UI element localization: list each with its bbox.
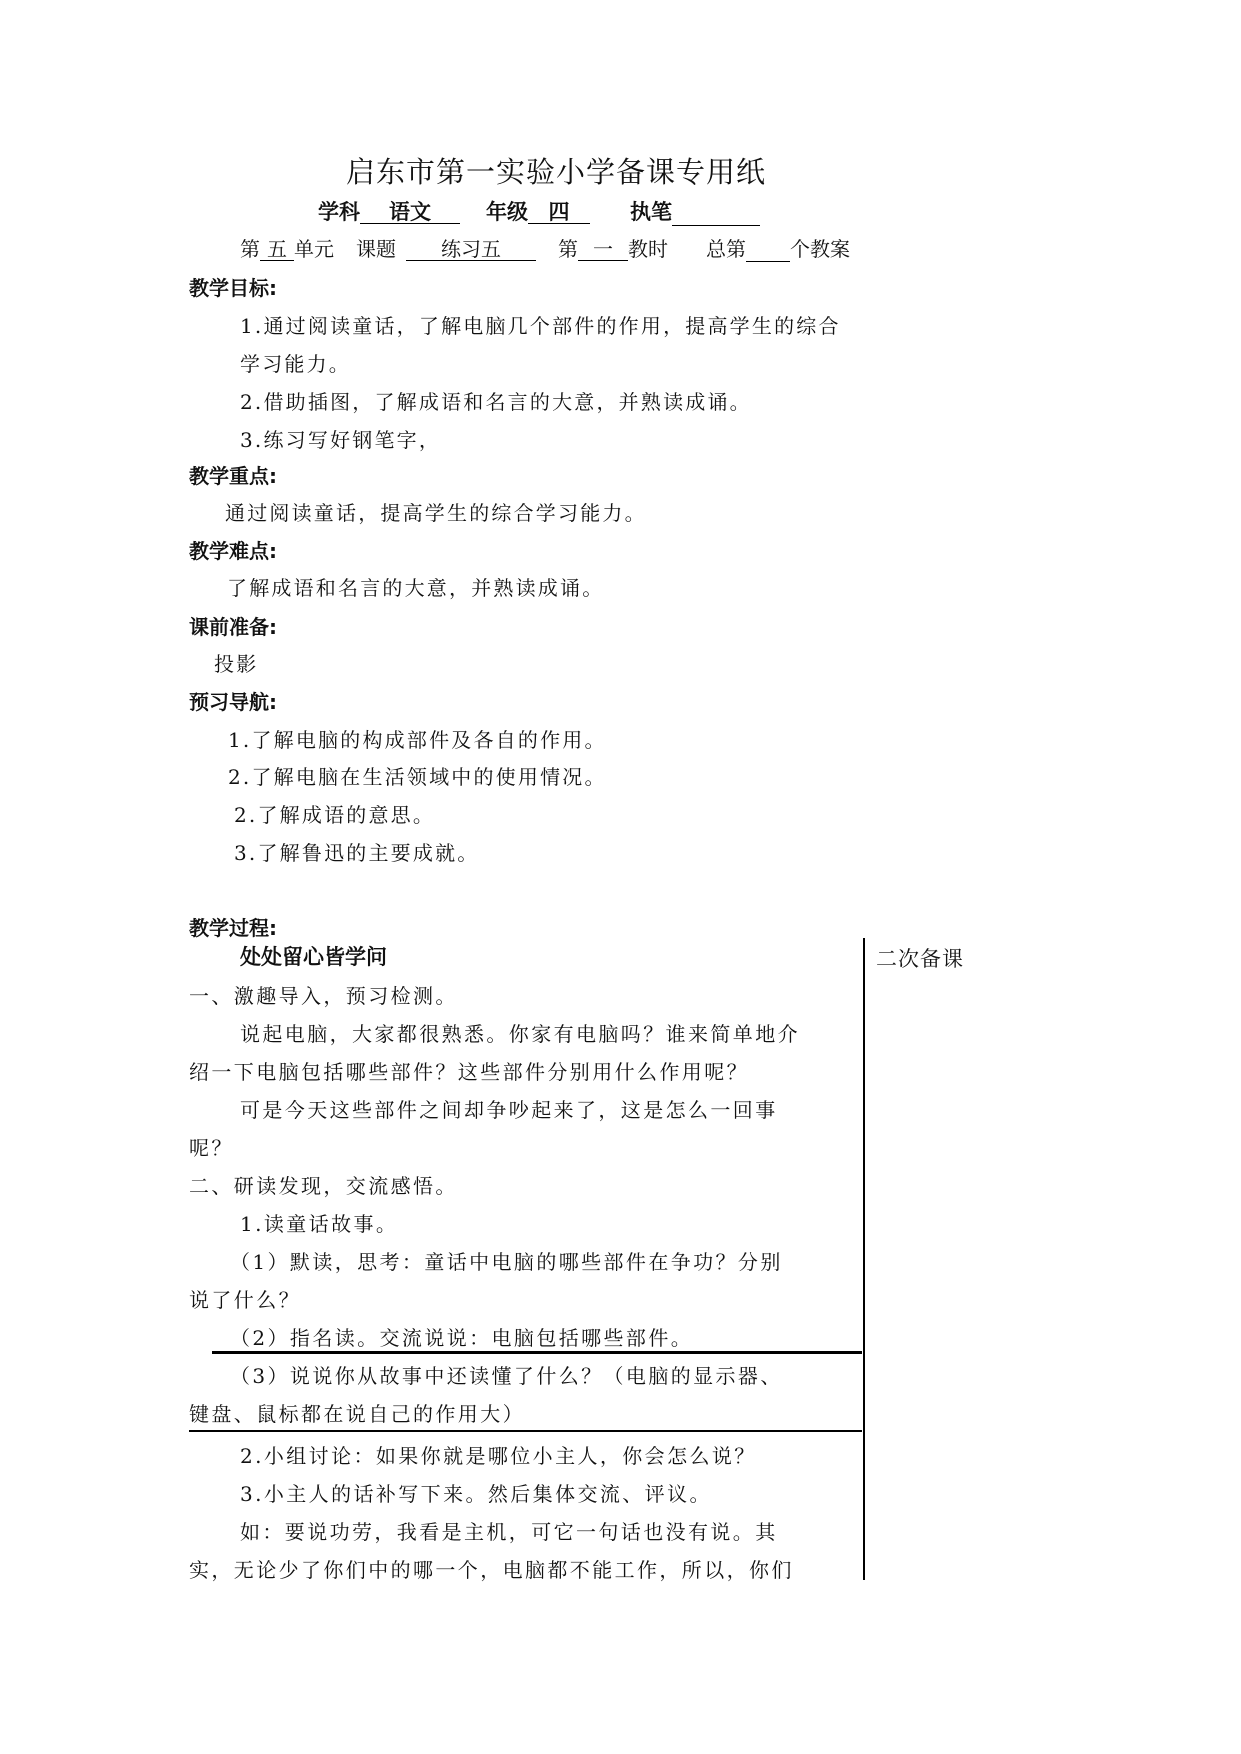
unit-prefix: 第 [240,237,260,261]
page-title: 启东市第一实验小学备课专用纸 [346,150,766,191]
process-line: 如：要说功劳，我看是主机，可它一句话也没有说。其 [240,1516,778,1545]
difficulties-text: 了解成语和名言的大意，并熟读成诵。 [227,572,604,601]
process-line: 键盘、鼠标都在说自己的作用大） [189,1398,525,1427]
process-line: （3）说说你从故事中还读懂了什么？（电脑的显示器、 [230,1360,783,1389]
subject-label: 学科 [318,200,360,224]
process-line: （1）默读，思考：童话中电脑的哪些部件在争功？分别 [230,1246,783,1275]
total-field[interactable] [746,239,790,262]
meta-line-unit: 第五单元课题练习五第一教时总第个教案 [240,233,850,262]
meta-line-subject: 学科语文年级四执笔 [318,196,760,226]
secondary-prep-label: 二次备课 [876,943,964,973]
objective-item: 1.通过阅读童话，了解电脑几个部件的作用，提高学生的综合 [240,310,841,339]
preparation-heading: 课前准备: [189,611,277,640]
process-line: 2.小组讨论：如果你就是哪位小主人，你会怎么说？ [240,1440,757,1469]
preview-heading: 预习导航: [189,686,277,715]
process-line: 一、激趣导入，预习检测。 [189,980,458,1009]
preview-item: 1.了解电脑的构成部件及各自的作用。 [228,724,607,753]
subject-field[interactable]: 语文 [360,201,460,224]
preview-item: 2.了解电脑在生活领域中的使用情况。 [228,761,607,790]
process-line: 说了什么？ [189,1284,301,1313]
total-suffix: 个教案 [790,237,850,261]
process-line: 3.小主人的话补写下来。然后集体交流、评议。 [240,1478,712,1507]
objective-item: 2.借助插图，了解成语和名言的大意，并熟读成诵。 [240,386,752,415]
objective-item: 3.练习写好钢笔字， [240,424,441,453]
process-line: 可是今天这些部件之间却争吵起来了，这是怎么一回事 [240,1094,778,1123]
topic-field[interactable]: 练习五 [406,239,536,261]
separator-line [212,1351,862,1354]
unit-field[interactable]: 五 [260,239,294,261]
process-line: 实，无论少了你们中的哪一个，电脑都不能工作，所以，你们 [189,1554,794,1583]
process-line: （2）指名读。交流说说：电脑包括哪些部件。 [230,1322,693,1351]
process-line: 绍一下电脑包括哪些部件？这些部件分别用什么作用呢？ [189,1056,749,1085]
process-line: 1.读童话故事。 [240,1208,398,1237]
period-prefix: 第 [558,237,578,261]
separator-line [189,1430,862,1432]
key-points-heading: 教学重点: [189,460,277,489]
grade-field[interactable]: 四 [528,201,590,224]
preparation-text: 投影 [214,648,258,677]
preview-item: 2.了解成语的意思。 [234,799,435,828]
author-field[interactable] [672,203,760,226]
preview-item: 3.了解鲁迅的主要成就。 [234,837,479,866]
objective-item: 学习能力。 [240,348,351,377]
grade-label: 年级 [486,200,528,224]
period-field[interactable]: 一 [578,239,628,261]
difficulties-heading: 教学难点: [189,535,277,564]
unit-suffix: 单元 [294,237,334,261]
process-line: 呢？ [189,1132,234,1161]
process-line: 二、研读发现，交流感悟。 [189,1170,458,1199]
topic-label: 课题 [356,237,396,261]
author-label: 执笔 [630,200,672,224]
key-points-text: 通过阅读童话，提高学生的综合学习能力。 [225,497,647,526]
lesson-subtitle: 处处留心皆学问 [240,941,387,971]
column-divider [863,938,865,1580]
process-line: 说起电脑，大家都很熟悉。你家有电脑吗？谁来简单地介 [240,1018,800,1047]
process-heading: 教学过程: [189,912,277,941]
period-suffix: 教时 [628,237,668,261]
objectives-heading: 教学目标: [189,272,277,301]
total-prefix: 总第 [706,237,746,261]
